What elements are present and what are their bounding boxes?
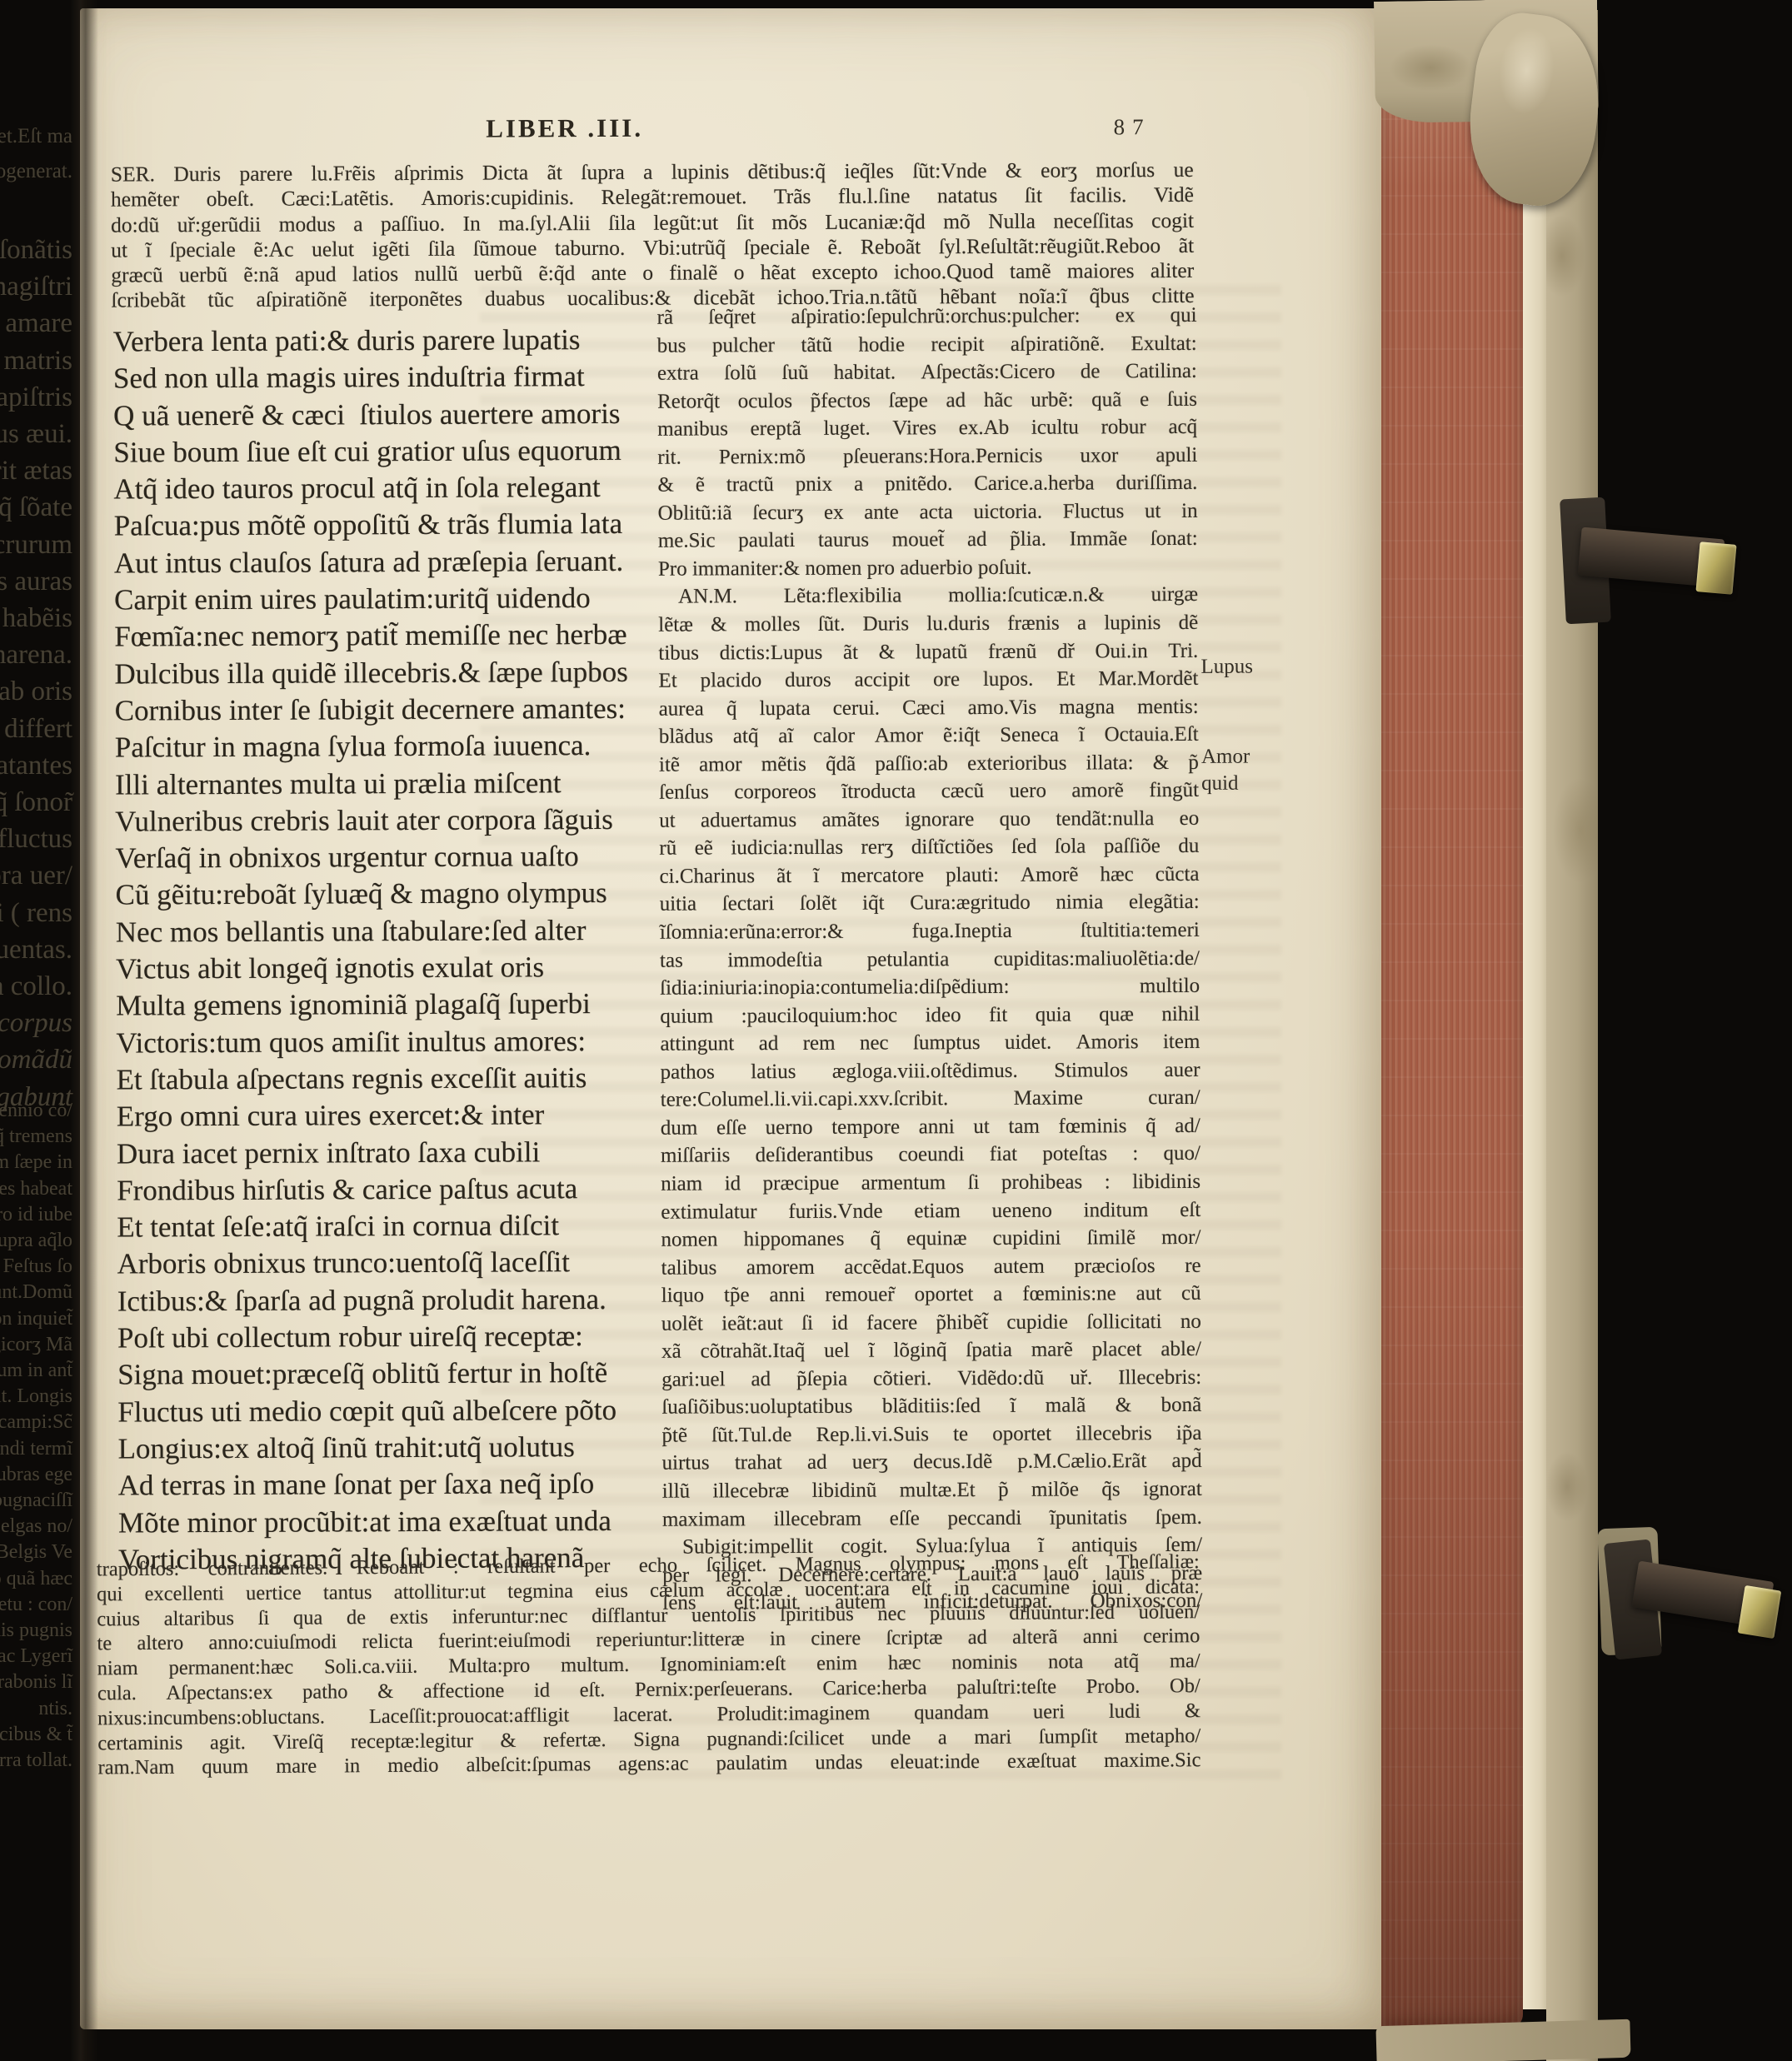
strip-fragment: dire ſonãtis [0,235,72,266]
commentary-line: AN.M.Lẽta:flexibiliamollia:ſcuticæ.n.&ui… [658,583,1198,613]
commentary-line: p̃tẽſũt.Tul.deRep.li.vi.Suisteoportetill… [661,1422,1201,1452]
verse-line: Et ſtabula aſpectans regnis exceſſit aui… [117,1061,666,1100]
commentary-line: tibusdictis:Lupusãt&lupatũfrænũdřOui.inT… [658,639,1198,669]
commentary-line: ĩſomnia:erũna:error:&fuga.Ineptiaſtultit… [660,919,1200,949]
strip-fragment: rei ſupra aq̃lo [0,1230,72,1252]
commentary-line: Pro immaniter:& nomen pro aduerbio poſui… [658,556,1198,586]
red-fore-edge [1381,27,1523,2036]
page-title: LIBER .III. [482,113,648,144]
verse-line: Victus abit longeq̃ ignotis exulat oris [116,951,666,990]
commentary-line: uitiaſectariſolẽtiq̃tCura:ægritudonimiae… [660,891,1200,921]
commentary-line: xãcõtrahãt.Itaq̃uelĩlõginq̃ſpatiamarẽpla… [661,1338,1201,1368]
strip-fragment: ine non inquiet̃ [0,1308,72,1330]
commentary-line: nomenhippomanesq̃equinæcupidiniſimilẽmor… [661,1226,1200,1256]
commentary-line: Retorq̃toculosp̃fectosſæpeadhãcurbẽ:quãe… [657,388,1197,418]
verse-line: Frondibus hirſutis & carice paſtus acuta [117,1171,666,1210]
commentary-line: extraſolũſuũhabitat.Aſpectãs:CicerodeCat… [657,360,1197,390]
strip-fragment: ra capiſtris [0,382,72,413]
commentary-line: extimulaturfuriis.Vndeetiamuenenoinditum… [661,1198,1200,1228]
strip-fragment: arida differt [0,714,72,745]
commentary-line: aureaq̃lupatacerui.Cæciamo.Vismagnamenti… [659,696,1199,726]
strip-fragment: credunt.Domũ [0,1281,72,1304]
strip-fragment: s cõſerẽdis pugnis [0,1619,72,1642]
commentary-line: blãdusatq̃aĩcalorAmorẽ:iq̃tSenecaĩOctaui… [659,723,1199,753]
commentary-line: itẽamormẽtisq̃dãpaſſio:abexterioribusill… [659,751,1199,781]
strip-fragment: incolas.E Belgis Ve [0,1541,72,1564]
commentary-line: dumeſſeuernotemporeanniuttamfœminisq̃ad/ [661,1115,1200,1145]
strip-fragment: i metas campi:Sc̃ [0,1411,72,1434]
strip-fragment: dẽſus ab oris [0,676,72,707]
verse-line: Cũ gẽitu:reboãt ſyluæq̃ & magno olympus [116,876,666,916]
commentary-line: liquotp̃eanniremouer̃oportetafœminis:nea… [661,1282,1201,1312]
top-commentary-block: SER.Durisparerelu.FrẽisaſprimisDictaãtſu… [111,157,1195,313]
strip-fragment: : nam ſæpe in [0,1151,72,1174]
commentary-line: ſenſuscorporeosĩtroductacæcũueroamorẽfin… [659,779,1199,809]
verse-line: Longius:ex altoq̃ ſinũ trahit:utq̃ uolut… [117,1430,667,1470]
commentary-line: Oblitũ:iãſecurʒexanteactauictoria.Fluctu… [658,500,1198,530]
verse-line: Ictibus:& ſparſa ad pugnã proludit haren… [117,1282,667,1321]
verse-line: Ergo omni cura uires exercet:& inter [117,1098,666,1137]
commentary-line: rãſeq̃retaſpiratio:ſepulchrũ:orchus:pulc… [657,304,1197,334]
page-number: 87 [1114,114,1151,140]
strip-fragment: æquora uer/ [0,861,72,891]
commentary-line: illũillecebrælibidinũmultæ.Etp̃milõeq̃si… [662,1478,1202,1508]
commentary-line: uolẽtieãt:autſiidfacerep̃hibẽt̃cupidieſo… [661,1310,1201,1340]
strip-fragment: hæc ex Strabonis lĩ [0,1671,72,1694]
commentary-line: manibusereptãluget.Viresex.Abiculturobur… [657,416,1197,446]
commentary-line: ſuaſiõibus:uoluptatibusblãditiis:ſedĩmal… [661,1394,1201,1424]
verse-line: Paſcitur in magna ſylua formoſa iuuenca. [115,729,665,768]
strip-fragment: mq̃ tremens [0,1125,72,1148]
strip-fragment: onat harena. [0,640,72,671]
strip-fragment: nſcius æui. [0,419,72,450]
verse-line: Victoris:tum quos amiſit inultus amores: [116,1024,666,1063]
commentary-column: rãſeq̃retaſpiratio:ſepulchrũ:orchus:pulc… [657,304,1203,1620]
commentary-line: talibusamoremaccẽdat.Equosautempræcioſos… [661,1254,1201,1284]
margin-note-lupus: Lupus [1200,656,1253,679]
clasp-bottom-brass-hook [1738,1585,1782,1639]
strip-fragment: mia crurum [0,530,72,561]
strip-fragment: ere matris [0,346,72,377]
strip-fragment: ltius a terra tollat. [0,1749,72,1772]
verse-line: Fluctus uti medio cœpit quũ albeſcere põ… [117,1393,667,1432]
strip-fragment: uero natio quã hæc [0,1568,72,1590]
verse-line: Multa gemens ignominiã plagaſq̃ ſuperbi [116,987,666,1026]
strip-fragment: Rhenum ac Lygerĩ [0,1645,72,1668]
verse-line: Q uã uenerẽ & cæci ſtiulos auertere amor… [113,397,663,436]
verse-line: Sed non ulla magis uires induſtria firma… [113,360,663,399]
commentary-line: utaduertamusamãtesignorarequotendãt:null… [659,807,1199,837]
strip-fragment: ardet impetu : con/ [0,1594,72,1616]
verse-line: Illi alternantes multa ui prælia miſcent [115,766,665,805]
strip-fragment: õbet.Eſt ma [0,125,72,148]
strip-fragment: ſerit ætas [0,456,72,487]
commentary-line: quium:pauciloquium:hocideofitquiaquænihi… [660,1003,1200,1033]
margin-note-amor: Amor [1201,746,1250,769]
verse-line: Arboris obnixus trunco:uentoſq̃ laceſſit [117,1245,666,1285]
strip-fragment: s : currendi termĩ [0,1438,72,1460]
strip-fragment: o georgicorʒ Mã [0,1334,72,1356]
commentary-line: tasimmodeſtiapetulantiacupiditas:maliuol… [660,946,1200,976]
verse-line: Verbera lenta pati:& duris parere lupati… [113,323,663,362]
commentary-line: pathoslatiusægloga.viii.oſtẽdimus.Stimul… [661,1059,1200,1089]
inner-page-edge [1523,125,1548,2009]
verse-line: Atq̃ ideo tauros procul atq̃ in ſola rel… [113,471,663,510]
strip-fragment: re magiſtri [0,272,72,302]
strip-fragment: agine corpus [0,1008,72,1039]
verse-line: Mõte minor procũbit:at ima exæſtuat unda [118,1504,668,1543]
strip-fragment: Belgici pugnaciſſĩ [0,1490,72,1512]
strip-fragment: cribit Feſtus ſo [0,1255,72,1278]
verse-line: Signa mouet:præceſq̃ oblitũ fertur in ho… [117,1356,667,1395]
clasp-top-brass-hook [1695,541,1736,595]
page-text: LIBER .III. 87 SER.Durisparerelu.Frẽisaſ… [80,5,1390,2032]
commentary-line: rũeẽiudicia:nullasrerʒdiſtĩctiõesſedſola… [659,835,1199,865]
strip-fragment: ntis. [38,1698,72,1720]
commentary-line: attinguntadremnecſumptusuidet.Amorisitem [660,1030,1200,1060]
margin-note-quid: quid [1201,772,1239,796]
verse-line: Dura iacet pernix inſtrato ſaxa cubili [117,1135,666,1174]
commentary-line: rit.Pernix:mõpſeuerans:Hora.Pernicisuxor… [657,444,1197,474]
commentary-line: buspulchertãtũhodierecipitaſpiratiõnẽ.Ex… [657,332,1197,362]
strip-fragment: ltaſque. Belgas no/ [0,1515,72,1538]
strip-fragment: uicis amare [0,308,72,339]
strip-fragment: nte domãdũ [0,1045,72,1075]
verse-line: Verſaq̃ in obnixos urgentur cornua uaſto [115,840,665,879]
verse-line: Poſt ubi collectum robur uireſq̃ receptæ… [117,1320,667,1359]
commentary-line: gari:ueladp̃ſepiacõtieri.Vidẽdo:dũuř.Ill… [661,1366,1201,1396]
verse-line: Dulcibus illa quidẽ illecebris.& ſæpe ſu… [114,655,664,694]
strip-fragment: cat & uocibus & t̃ [0,1724,72,1746]
parchment-cover-edge [1546,10,1598,2061]
verse-line: Ad terras in mane ſonat per ſaxa neq̃ ip… [118,1467,668,1506]
verse-line: Siue boum ſiue eſt cui gratior uſus equo… [113,434,663,473]
strip-fragment: ttora fluctus [0,824,72,855]
strip-fragment: n:& quum in ant̃ [0,1360,72,1382]
commentary-line: niamidpræcipuearmentumſiprohibeas:libidi… [661,1170,1200,1200]
commentary-line: miſſariisdeſiderantibuscoeundifiatpoteſt… [661,1142,1200,1172]
verse-line: Paſcua:pus mõtẽ oppoſitũ & trãs flumia l… [114,507,664,546]
commentary-line: me.Sicpaulatitaurusmouet̃adp̃lia.Immãeſo… [658,527,1198,557]
commentary-line: maximamillecebrameſſepeccandiĩpunitatisſ… [662,1505,1202,1535]
verse-line: Aut intus clauſos ſatura ad præſepia ſer… [114,544,664,583]
strip-fragment: ogenerat. [0,160,72,183]
strip-fragment: a cãpi ( rens [0,898,72,929]
page-gutter-shadow [70,0,98,2061]
commentary-line: Etplacidodurosaccipitorelupos.EtMar.Mord… [658,667,1198,697]
strip-fragment: us auras [0,566,72,597]
verse-line: Carpit enim uires paulatim:uritq̃ uidend… [114,581,664,621]
strip-fragment: liber habẽis [0,603,72,634]
strip-fragment: ibuſq̃ ſõate [0,492,72,523]
strip-fragment: mæq̃ ſonor̃ [0,787,72,818]
bottom-commentary-block: trapoſitos:contranitentes.Reboant:reſult… [97,1550,1201,1781]
strip-fragment: Varro id iube [0,1204,72,1226]
poem-column: Verbera lenta pati:& duris parere lupati… [113,323,669,1580]
book-photograph: { "header": { "title": "LIBER .III.", "p… [0,0,1792,2061]
verse-line: Fœmĩa:nec nemorʒ patit̃ memiſſe nec herb… [114,618,664,657]
strip-fragment: iq̃ natantes [0,751,72,781]
strip-fragment: ĩ uelut rubras ege [0,1464,72,1486]
strip-fragment: miſcunt. Longis [0,1385,72,1408]
previous-page-edge: õbet.Eſt maogenerat. dire ſonãtisre magi… [0,0,77,2061]
parchment-cover-bottom [1375,2019,1630,2061]
commentary-line: &ẽtractũpnixapnitẽdo.Carice.a.herbaduriſ… [657,472,1197,502]
verse-line: Vulneribus crebris lauit ater corpora ſã… [115,803,665,842]
strip-fragment: q̃ uires habeat [0,1178,72,1200]
verse-line: Cornibus inter ſe ſubigit decernere aman… [115,692,665,731]
commentary-line: ſidia:iniuria:inopia:contumelia:diſpẽdiu… [660,975,1200,1005]
main-page: LIBER .III. 87 SER.Durisparerelu.Frẽisaſ… [80,8,1381,2029]
strip-fragment: ſſeda collo. [0,971,72,1002]
commentary-line: uirtustrahataduerʒdecus.Idẽp.M.Cælio.Erã… [662,1450,1202,1480]
verse-line: Nec mos bellantis una ſtabulare:ſed alte… [116,913,666,952]
commentary-line: lẽtæ&mollesſũt.Durislu.durisfrænisalupin… [658,611,1198,641]
verse-line: Et tentat ſeſe:atq̃ iraſci in cornua diſ… [117,1209,666,1248]
strip-fragment: ore cruentas. [0,935,72,966]
commentary-line: tere:Columel.li.vii.capi.xxv.ſcribit.Max… [661,1086,1200,1116]
strip-fragment: s biennio cõ/ [0,1100,72,1122]
commentary-line: ci.Charinusãtĩmercatoreplauti:Amorẽhæccũ… [659,863,1199,893]
